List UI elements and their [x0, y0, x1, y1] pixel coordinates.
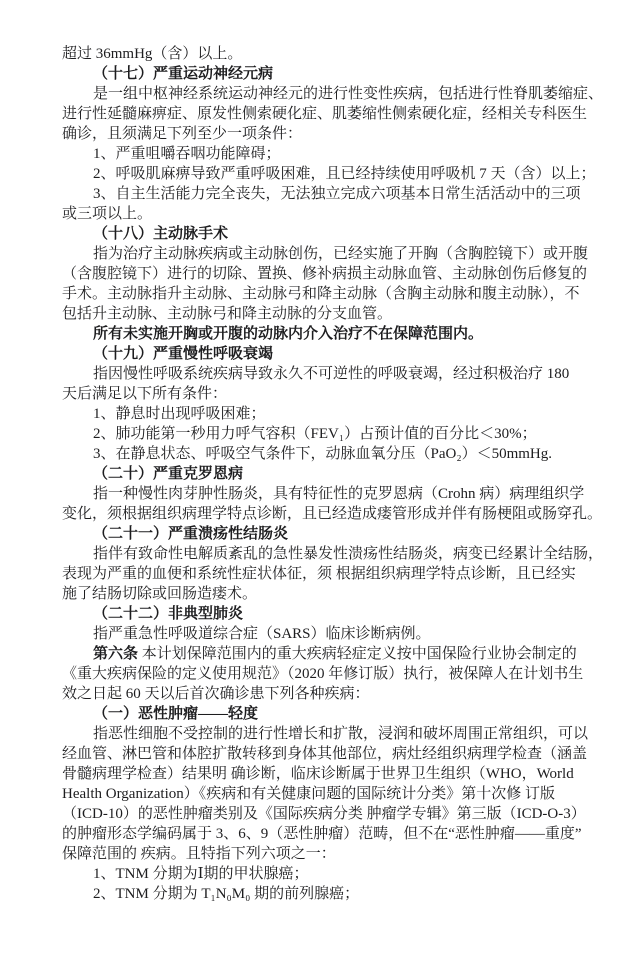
heading-text: （十七）严重运动神经元病 — [93, 66, 273, 82]
body-text: 2、肺功能第一秒用力呼气容积（FEV₁）占预计值的百分比＜30%； — [93, 426, 537, 442]
document-line: （二十）严重克罗恩病 — [62, 464, 584, 484]
body-text: 《重大疾病保险的定义使用规范》（2020 年修订版）执行，被保障人在计划书生 — [62, 666, 583, 682]
document-line: 变化，须根据组织病理学特点诊断，且已经造成瘘管形成并伴有肠梗阻或肠穿孔。 — [62, 504, 584, 524]
document-line: 超过 36mmHg（含）以上。 — [62, 44, 584, 64]
body-text: 2、TNM 分期为 T₁N₀M₀ 期的前列腺癌； — [93, 886, 359, 902]
heading-text: （二十）严重克罗恩病 — [93, 466, 243, 482]
document-line: 手术。主动脉指升主动脉、主动脉弓和降主动脉（含胸主动脉和腹主动脉），不 — [62, 284, 584, 304]
body-text: 1、TNM 分期为Ⅰ期的甲状腺癌； — [93, 866, 309, 882]
heading-text: （十八）主动脉手术 — [93, 226, 228, 242]
document-line: （十九）严重慢性呼吸衰竭 — [62, 344, 584, 364]
document-line: 指严重急性呼吸道综合症（SARS）临床诊断病例。 — [62, 624, 584, 644]
document-line: 3、在静息状态、呼吸空气条件下，动脉血氧分压（PaO₂）＜50mmHg. — [62, 444, 584, 464]
body-text: 的肿瘤形态学编码属于 3、6、9（恶性肿瘤）范畴，但不在“恶性肿瘤——重度” — [62, 826, 582, 842]
document-line: Health Organization）《疾病和有关健康问题的国际统计分类》第十… — [62, 784, 584, 804]
body-text: 指恶性细胞不受控制的进行性增长和扩散，浸润和破坏周围正常组织，可以 — [93, 726, 588, 742]
body-text: 指为治疗主动脉疾病或主动脉创伤，已经实施了开胸（含胸腔镜下）或开腹 — [93, 246, 588, 262]
document-line: 经血管、淋巴管和体腔扩散转移到身体其他部位，病灶经组织病理学检查（涵盖 — [62, 744, 584, 764]
document-line: 是一组中枢神经系统运动神经元的进行性变性疾病，包括进行性脊肌萎缩症、 — [62, 84, 584, 104]
document-line: （含腹腔镜下）进行的切除、置换、修补病损主动脉血管、主动脉创伤后修复的 — [62, 264, 584, 284]
body-text: 经血管、淋巴管和体腔扩散转移到身体其他部位，病灶经组织病理学检查（涵盖 — [62, 746, 587, 762]
body-text: 超过 36mmHg（含）以上。 — [62, 46, 242, 62]
body-text: 效之日起 60 天以后首次确诊患下列各种疾病： — [62, 686, 370, 702]
body-text: 1、静息时出现呼吸困难； — [93, 406, 266, 422]
heading-text: （二十一）严重溃疡性结肠炎 — [93, 526, 288, 542]
body-text: 1、严重咀嚼吞咽功能障碍； — [93, 146, 281, 162]
body-text: 3、自主生活能力完全丧失，无法独立完成六项基本日常生活活动中的三项 — [93, 186, 581, 202]
document-line: 2、TNM 分期为 T₁N₀M₀ 期的前列腺癌； — [62, 884, 584, 904]
document-line: （十七）严重运动神经元病 — [62, 64, 584, 84]
document-line: 表现为严重的血便和系统性症状体征，须 根据组织病理学特点诊断，且已经实 — [62, 564, 584, 584]
body-text: 进行性延髓麻痹症、原发性侧索硬化症、肌萎缩性侧索硬化症，经相关专科医生 — [62, 106, 587, 122]
body-text: 表现为严重的血便和系统性症状体征，须 根据组织病理学特点诊断，且已经实 — [62, 566, 576, 582]
heading-text: （一）恶性肿瘤——轻度 — [93, 706, 258, 722]
document-line: 第六条 本计划保障范围内的重大疾病轻症定义按中国保险行业协会制定的 — [62, 644, 584, 664]
document-line: （十八）主动脉手术 — [62, 224, 584, 244]
body-text: 2、呼吸肌麻痹导致严重呼吸困难，且已经持续使用呼吸机 7 天（含）以上； — [93, 166, 596, 182]
body-text: 骨髓病理学检查）结果明 确诊断，临床诊断属于世界卫生组织（WHO，World — [62, 766, 574, 782]
heading-text: （二十二）非典型肺炎 — [93, 606, 243, 622]
document-line: 确诊，且须满足下列至少一项条件： — [62, 124, 584, 144]
document-line: 1、静息时出现呼吸困难； — [62, 404, 584, 424]
document-line: 进行性延髓麻痹症、原发性侧索硬化症、肌萎缩性侧索硬化症，经相关专科医生 — [62, 104, 584, 124]
document-line: 3、自主生活能力完全丧失，无法独立完成六项基本日常生活活动中的三项 — [62, 184, 584, 204]
document-line: 指为治疗主动脉疾病或主动脉创伤，已经实施了开胸（含胸腔镜下）或开腹 — [62, 244, 584, 264]
body-text: 天后满足以下所有条件： — [62, 386, 227, 402]
document-line: 指恶性细胞不受控制的进行性增长和扩散，浸润和破坏周围正常组织，可以 — [62, 724, 584, 744]
body-text: 包括升主动脉、主动脉弓和降主动脉的分支血管。 — [62, 306, 392, 322]
body-text: 指严重急性呼吸道综合症（SARS）临床诊断病例。 — [93, 626, 431, 642]
document-line: 包括升主动脉、主动脉弓和降主动脉的分支血管。 — [62, 304, 584, 324]
document-line: （二十二）非典型肺炎 — [62, 604, 584, 624]
body-text: 施了结肠切除或回肠造瘘术。 — [62, 586, 257, 602]
body-text: 或三项以上。 — [62, 206, 152, 222]
body-text: 手术。主动脉指升主动脉、主动脉弓和降主动脉（含胸主动脉和腹主动脉），不 — [62, 286, 580, 302]
heading-text: 第六条 — [93, 646, 138, 662]
document-line: 指因慢性呼吸系统疾病导致永久不可逆性的呼吸衰竭，经过积极治疗 180 — [62, 364, 584, 384]
body-text: 3、在静息状态、呼吸空气条件下，动脉血氧分压（PaO₂）＜50mmHg. — [93, 446, 552, 462]
document-line: 1、TNM 分期为Ⅰ期的甲状腺癌； — [62, 864, 584, 884]
body-text: （ICD-10）的恶性肿瘤类别及《国际疾病分类 肿瘤学专辑》第三版（ICD-O-… — [62, 806, 586, 822]
body-text: 变化，须根据组织病理学特点诊断，且已经造成瘘管形成并伴有肠梗阻或肠穿孔。 — [62, 506, 602, 522]
body-text: 指伴有致命性电解质紊乱的急性暴发性溃疡性结肠炎，病变已经累计全结肠， — [93, 546, 603, 562]
body-text: （含腹腔镜下）进行的切除、置换、修补病损主动脉血管、主动脉创伤后修复的 — [62, 266, 587, 282]
document-line: 2、肺功能第一秒用力呼气容积（FEV₁）占预计值的百分比＜30%； — [62, 424, 584, 444]
heading-text: 所有未实施开胸或开腹的动脉内介入治疗不在保障范围内。 — [93, 326, 483, 342]
body-text: 保障范围的 疾病。且特指下列六项之一： — [62, 846, 336, 862]
document-line: 《重大疾病保险的定义使用规范》（2020 年修订版）执行，被保障人在计划书生 — [62, 664, 584, 684]
document-page: 超过 36mmHg（含）以上。（十七）严重运动神经元病是一组中枢神经系统运动神经… — [0, 0, 640, 960]
document-line: 天后满足以下所有条件： — [62, 384, 584, 404]
body-text: 是一组中枢神经系统运动神经元的进行性变性疾病，包括进行性脊肌萎缩症、 — [93, 86, 603, 102]
document-line: 指伴有致命性电解质紊乱的急性暴发性溃疡性结肠炎，病变已经累计全结肠， — [62, 544, 584, 564]
body-text: Health Organization）《疾病和有关健康问题的国际统计分类》第十… — [62, 786, 555, 802]
body-text: 本计划保障范围内的重大疾病轻症定义按中国保险行业协会制定的 — [138, 646, 577, 662]
document-line: （二十一）严重溃疡性结肠炎 — [62, 524, 584, 544]
document-line: 2、呼吸肌麻痹导致严重呼吸困难，且已经持续使用呼吸机 7 天（含）以上； — [62, 164, 584, 184]
document-line: 或三项以上。 — [62, 204, 584, 224]
body-text: 确诊，且须满足下列至少一项条件： — [62, 126, 302, 142]
heading-text: （十九）严重慢性呼吸衰竭 — [93, 346, 273, 362]
document-line: 骨髓病理学检查）结果明 确诊断，临床诊断属于世界卫生组织（WHO，World — [62, 764, 584, 784]
body-text: 指一种慢性肉芽肿性肠炎，具有特征性的克罗恩病（Crohn 病）病理组织学 — [93, 486, 584, 502]
document-line: 施了结肠切除或回肠造瘘术。 — [62, 584, 584, 604]
document-line: 效之日起 60 天以后首次确诊患下列各种疾病： — [62, 684, 584, 704]
document-line: 保障范围的 疾病。且特指下列六项之一： — [62, 844, 584, 864]
document-line: 的肿瘤形态学编码属于 3、6、9（恶性肿瘤）范畴，但不在“恶性肿瘤——重度” — [62, 824, 584, 844]
document-line: （一）恶性肿瘤——轻度 — [62, 704, 584, 724]
document-line: 1、严重咀嚼吞咽功能障碍； — [62, 144, 584, 164]
document-line: 指一种慢性肉芽肿性肠炎，具有特征性的克罗恩病（Crohn 病）病理组织学 — [62, 484, 584, 504]
body-text: 指因慢性呼吸系统疾病导致永久不可逆性的呼吸衰竭，经过积极治疗 180 — [93, 366, 569, 382]
document-line: （ICD-10）的恶性肿瘤类别及《国际疾病分类 肿瘤学专辑》第三版（ICD-O-… — [62, 804, 584, 824]
document-body: 超过 36mmHg（含）以上。（十七）严重运动神经元病是一组中枢神经系统运动神经… — [62, 44, 584, 904]
document-line: 所有未实施开胸或开腹的动脉内介入治疗不在保障范围内。 — [62, 324, 584, 344]
